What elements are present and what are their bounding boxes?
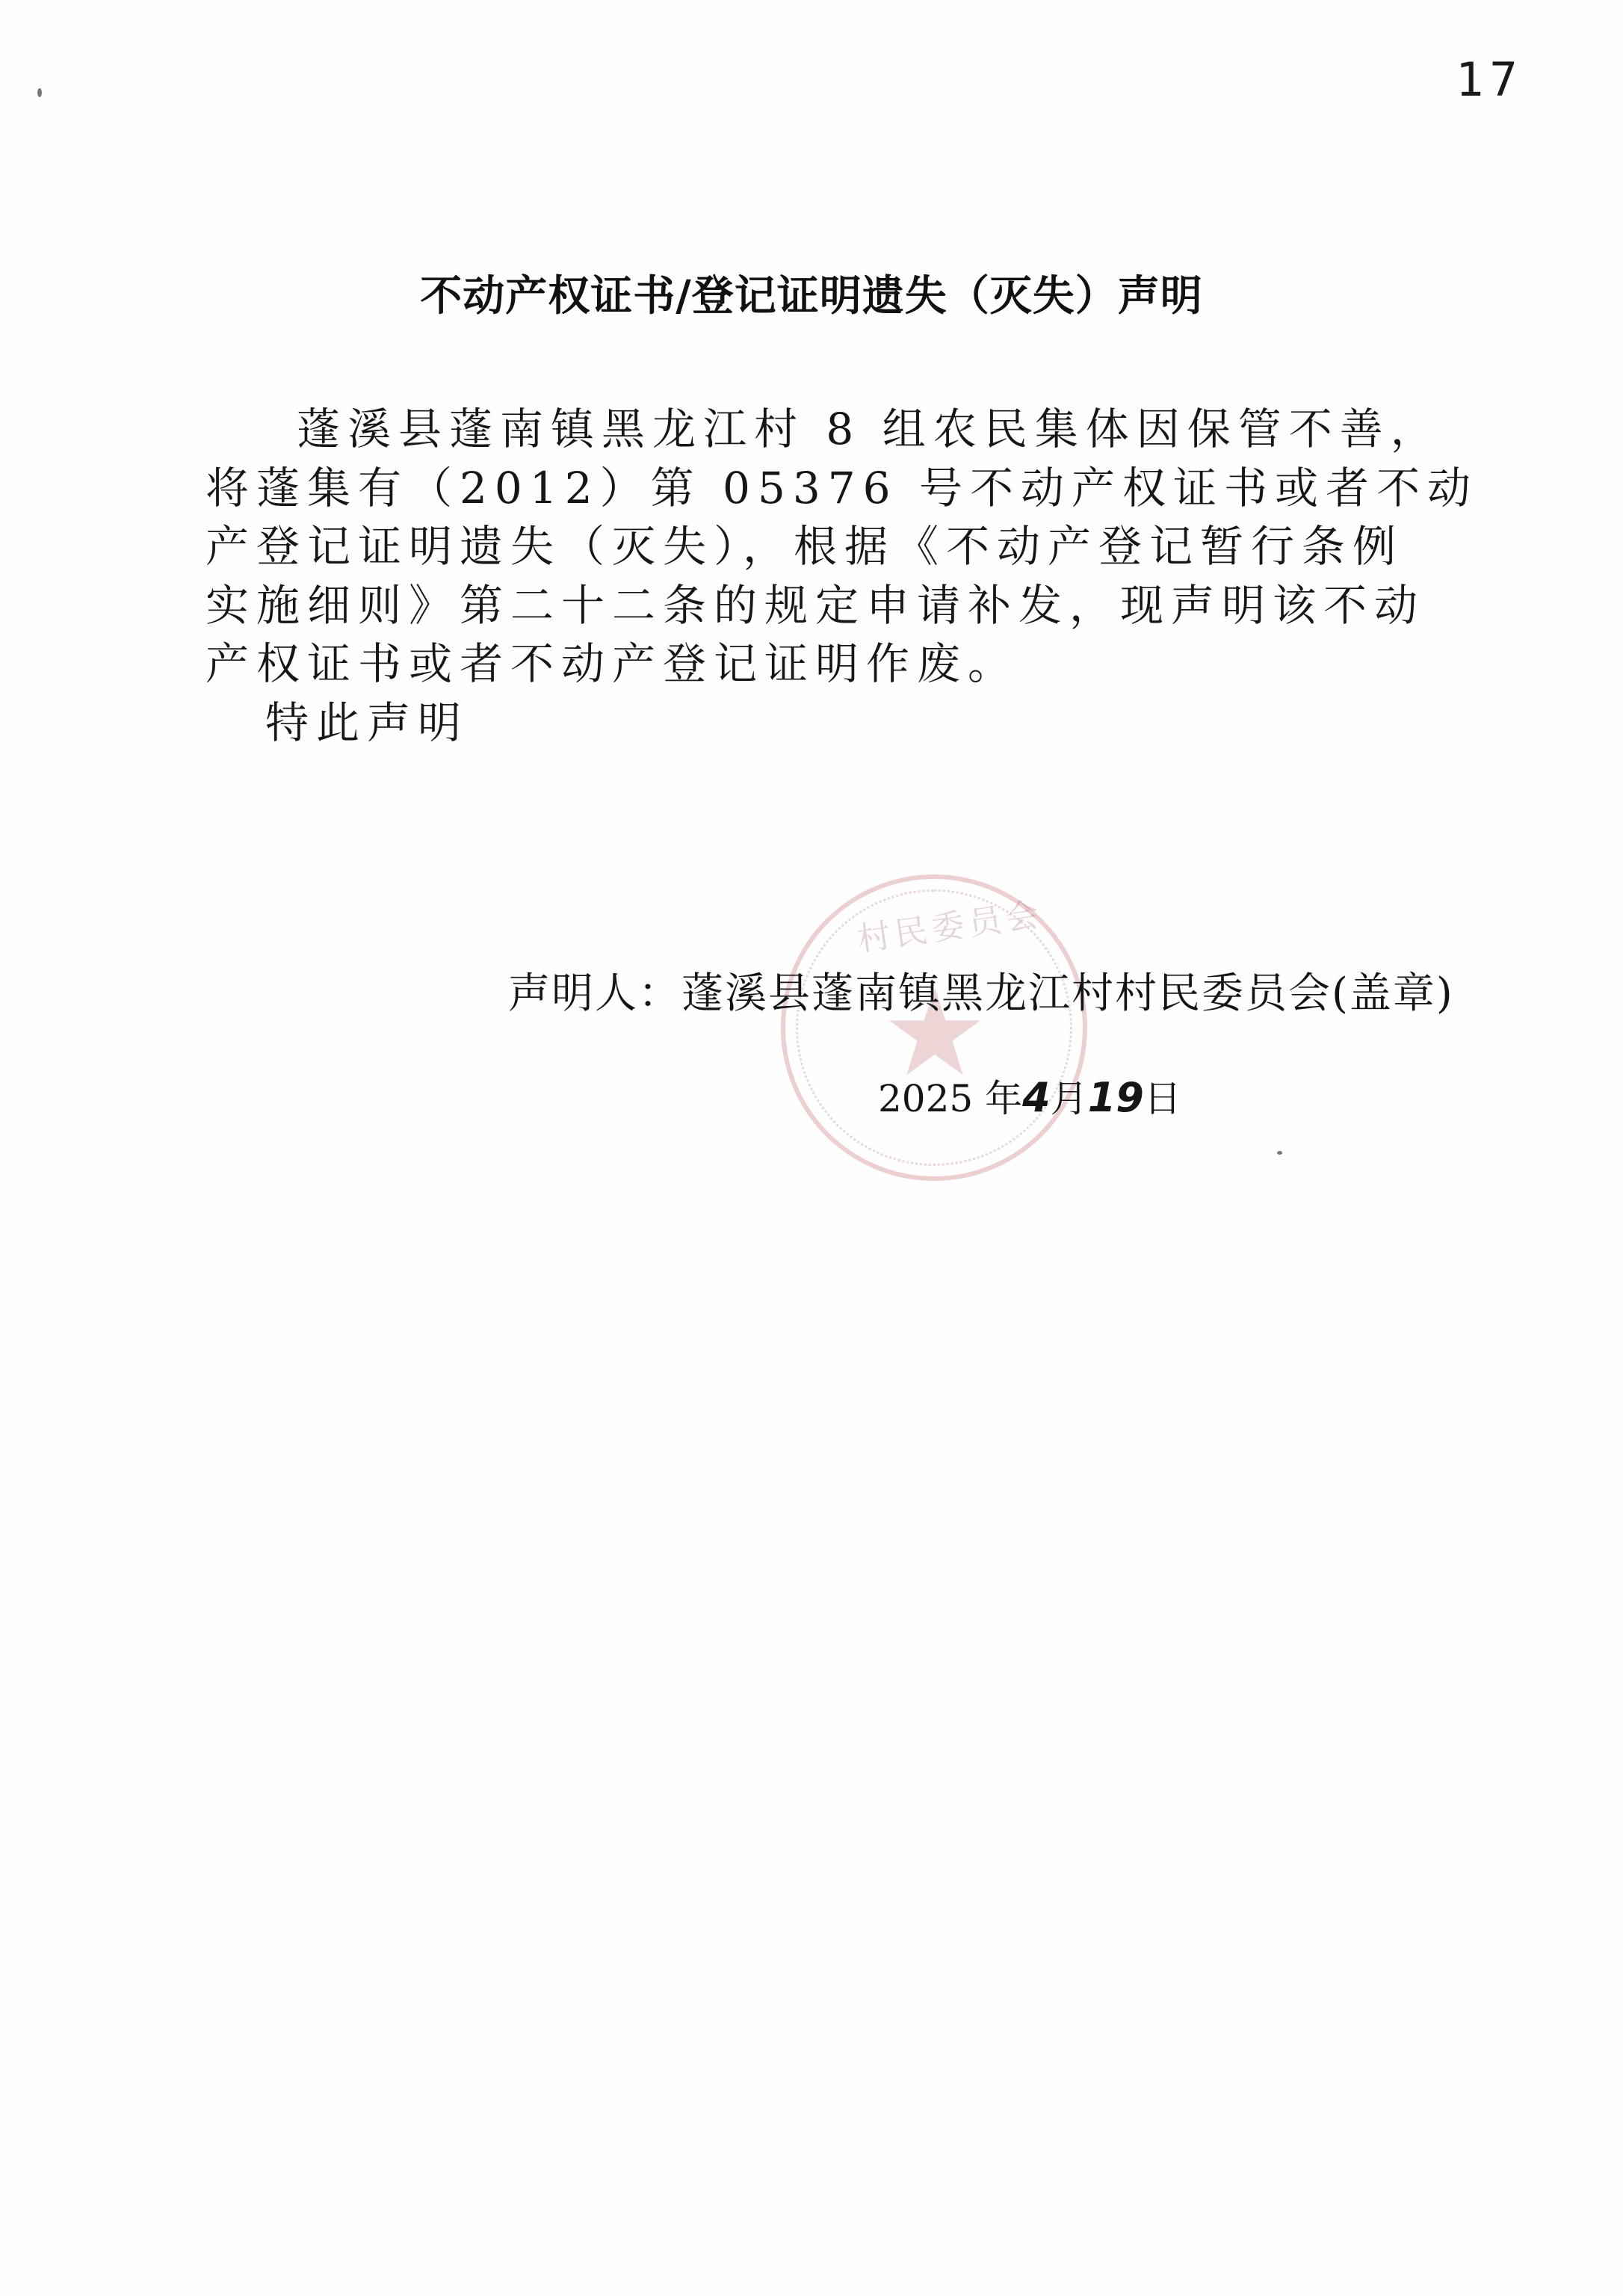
seal-note: (盖章): [1332, 969, 1454, 1018]
document-page: 17 不动产权证书/登记证明遗失（灭失）声明 蓬溪县蓬南镇黑龙江村 8 组农民集…: [0, 0, 1623, 2296]
date-year: 2025: [878, 1077, 973, 1120]
body-line: 将蓬集有（2012）第 05376 号不动产权证书或者不动: [205, 459, 1483, 518]
official-seal: 村民委员会: [781, 874, 1087, 1181]
declaration-date: 2025 年4月19日: [878, 1069, 1181, 1123]
scan-speck: [1277, 1151, 1282, 1155]
date-day-handwritten: 19: [1088, 1074, 1144, 1121]
date-year-unit: 年: [985, 1077, 1022, 1120]
declaration-body: 蓬溪县蓬南镇黑龙江村 8 组农民集体因保管不善， 将蓬集有（2012）第 053…: [205, 400, 1483, 752]
body-line: 产登记证明遗失（灭失），根据《不动产登记暂行条例: [205, 517, 1483, 576]
page-number: 17: [1456, 52, 1524, 107]
body-line: 蓬溪县蓬南镇黑龙江村 8 组农民集体因保管不善，: [205, 400, 1483, 459]
declarant-label: 声明人：: [508, 969, 681, 1018]
declarant-name: 蓬溪县蓬南镇黑龙江村村民委员会: [681, 969, 1332, 1018]
declarant-line: 声明人：蓬溪县蓬南镇黑龙江村村民委员会(盖章): [508, 960, 1454, 1020]
date-month-unit: 月: [1051, 1077, 1088, 1120]
date-day-unit: 日: [1144, 1077, 1181, 1120]
scan-speck: [37, 88, 42, 97]
document-title: 不动产权证书/登记证明遗失（灭失）声明: [0, 263, 1623, 323]
body-line: 实施细则》第二十二条的规定申请补发，现声明该不动: [205, 576, 1483, 635]
date-month-handwritten: 4: [1022, 1074, 1051, 1121]
closing-statement: 特此声明: [205, 694, 1483, 753]
body-line: 产权证书或者不动产登记证明作废。: [205, 635, 1483, 694]
